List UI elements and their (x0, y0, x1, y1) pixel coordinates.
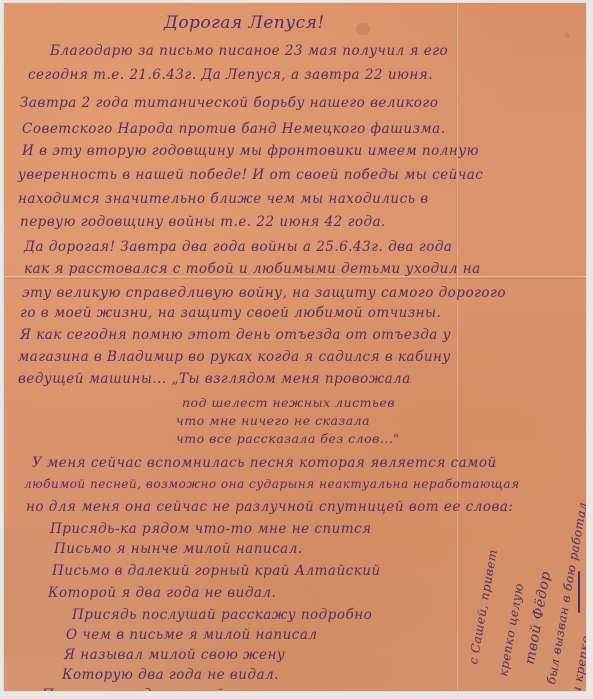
body-line: Да дорогая! Завтра два года войны а 25.6… (24, 239, 452, 255)
song-line: Которой я два года не видал. (48, 585, 276, 601)
song-line: Присядь послушай расскажу подробно (72, 607, 372, 623)
body-line: Советского Народа против банд Немецкого … (22, 121, 446, 137)
body-line: как я расстовался с тобой и любимыми дет… (24, 261, 481, 277)
song-line: Писал во ... здравствуй сокол... (42, 687, 287, 691)
song-intro-line: любимой песней, возможно она сударыня не… (24, 477, 520, 491)
poem-line: под шелест нежных листьев (182, 395, 395, 410)
song-line: Письмо в далекий горный край Алтайский (52, 563, 381, 579)
body-line: Я как сегодня помню этот день отъезда от… (20, 327, 451, 343)
song-line: Я называл милой свою жену (64, 647, 285, 663)
body-line: сегодня т.е. 21.6.43г. Да Лепуся, а завт… (28, 67, 433, 83)
paper-fold-vertical (456, 3, 458, 691)
body-line: И в эту вторую годовщину мы фронтовики и… (22, 143, 479, 159)
margin-note: и крепко ... — (569, 601, 586, 691)
poem-line: что мне ничего не сказала (176, 413, 370, 428)
body-line: эту великую справедливую войну, на защит… (22, 285, 506, 301)
paper-stain (564, 33, 570, 38)
greeting: Дорогая Лепуся! (164, 13, 325, 33)
body-line: ведущей машины... „Ты взглядом меня пров… (18, 371, 411, 387)
margin-note: с Сашей, привет (466, 548, 500, 665)
margin-stroke (578, 571, 580, 613)
body-line: магазина в Владимир во руках когда я сад… (18, 349, 451, 365)
letter-page: Дорогая Лепуся! Благодарю за письмо писа… (4, 3, 586, 691)
body-line: го в моей жизни, на защиту своей любимой… (20, 305, 441, 321)
body-line: Благодарю за письмо писаное 23 мая получ… (50, 43, 448, 59)
body-line: уверенность в нашей победе! И от своей п… (18, 167, 483, 183)
song-line: Присядь-ка рядом что-то мне не спится (50, 521, 372, 537)
body-line: первую годовщину войны т.е. 22 июня 42 г… (20, 214, 386, 230)
song-intro-line: У меня сейчас вспомнилась песня которая … (32, 455, 497, 471)
song-line: О чем в письме я милой написал (66, 627, 318, 643)
song-intro-line: но для меня она сейчас не разлучной спут… (26, 499, 513, 515)
poem-line: что все рассказала без слов..." (176, 431, 400, 446)
paper-stain (356, 23, 370, 35)
song-line: Письмо я нынче милой написал. (54, 541, 303, 557)
body-line: Завтра 2 года титанической борьбу нашего… (20, 95, 438, 111)
body-line: находимся значительно ближе чем мы наход… (18, 191, 429, 207)
song-line: Которую два года не видал. (62, 667, 279, 683)
